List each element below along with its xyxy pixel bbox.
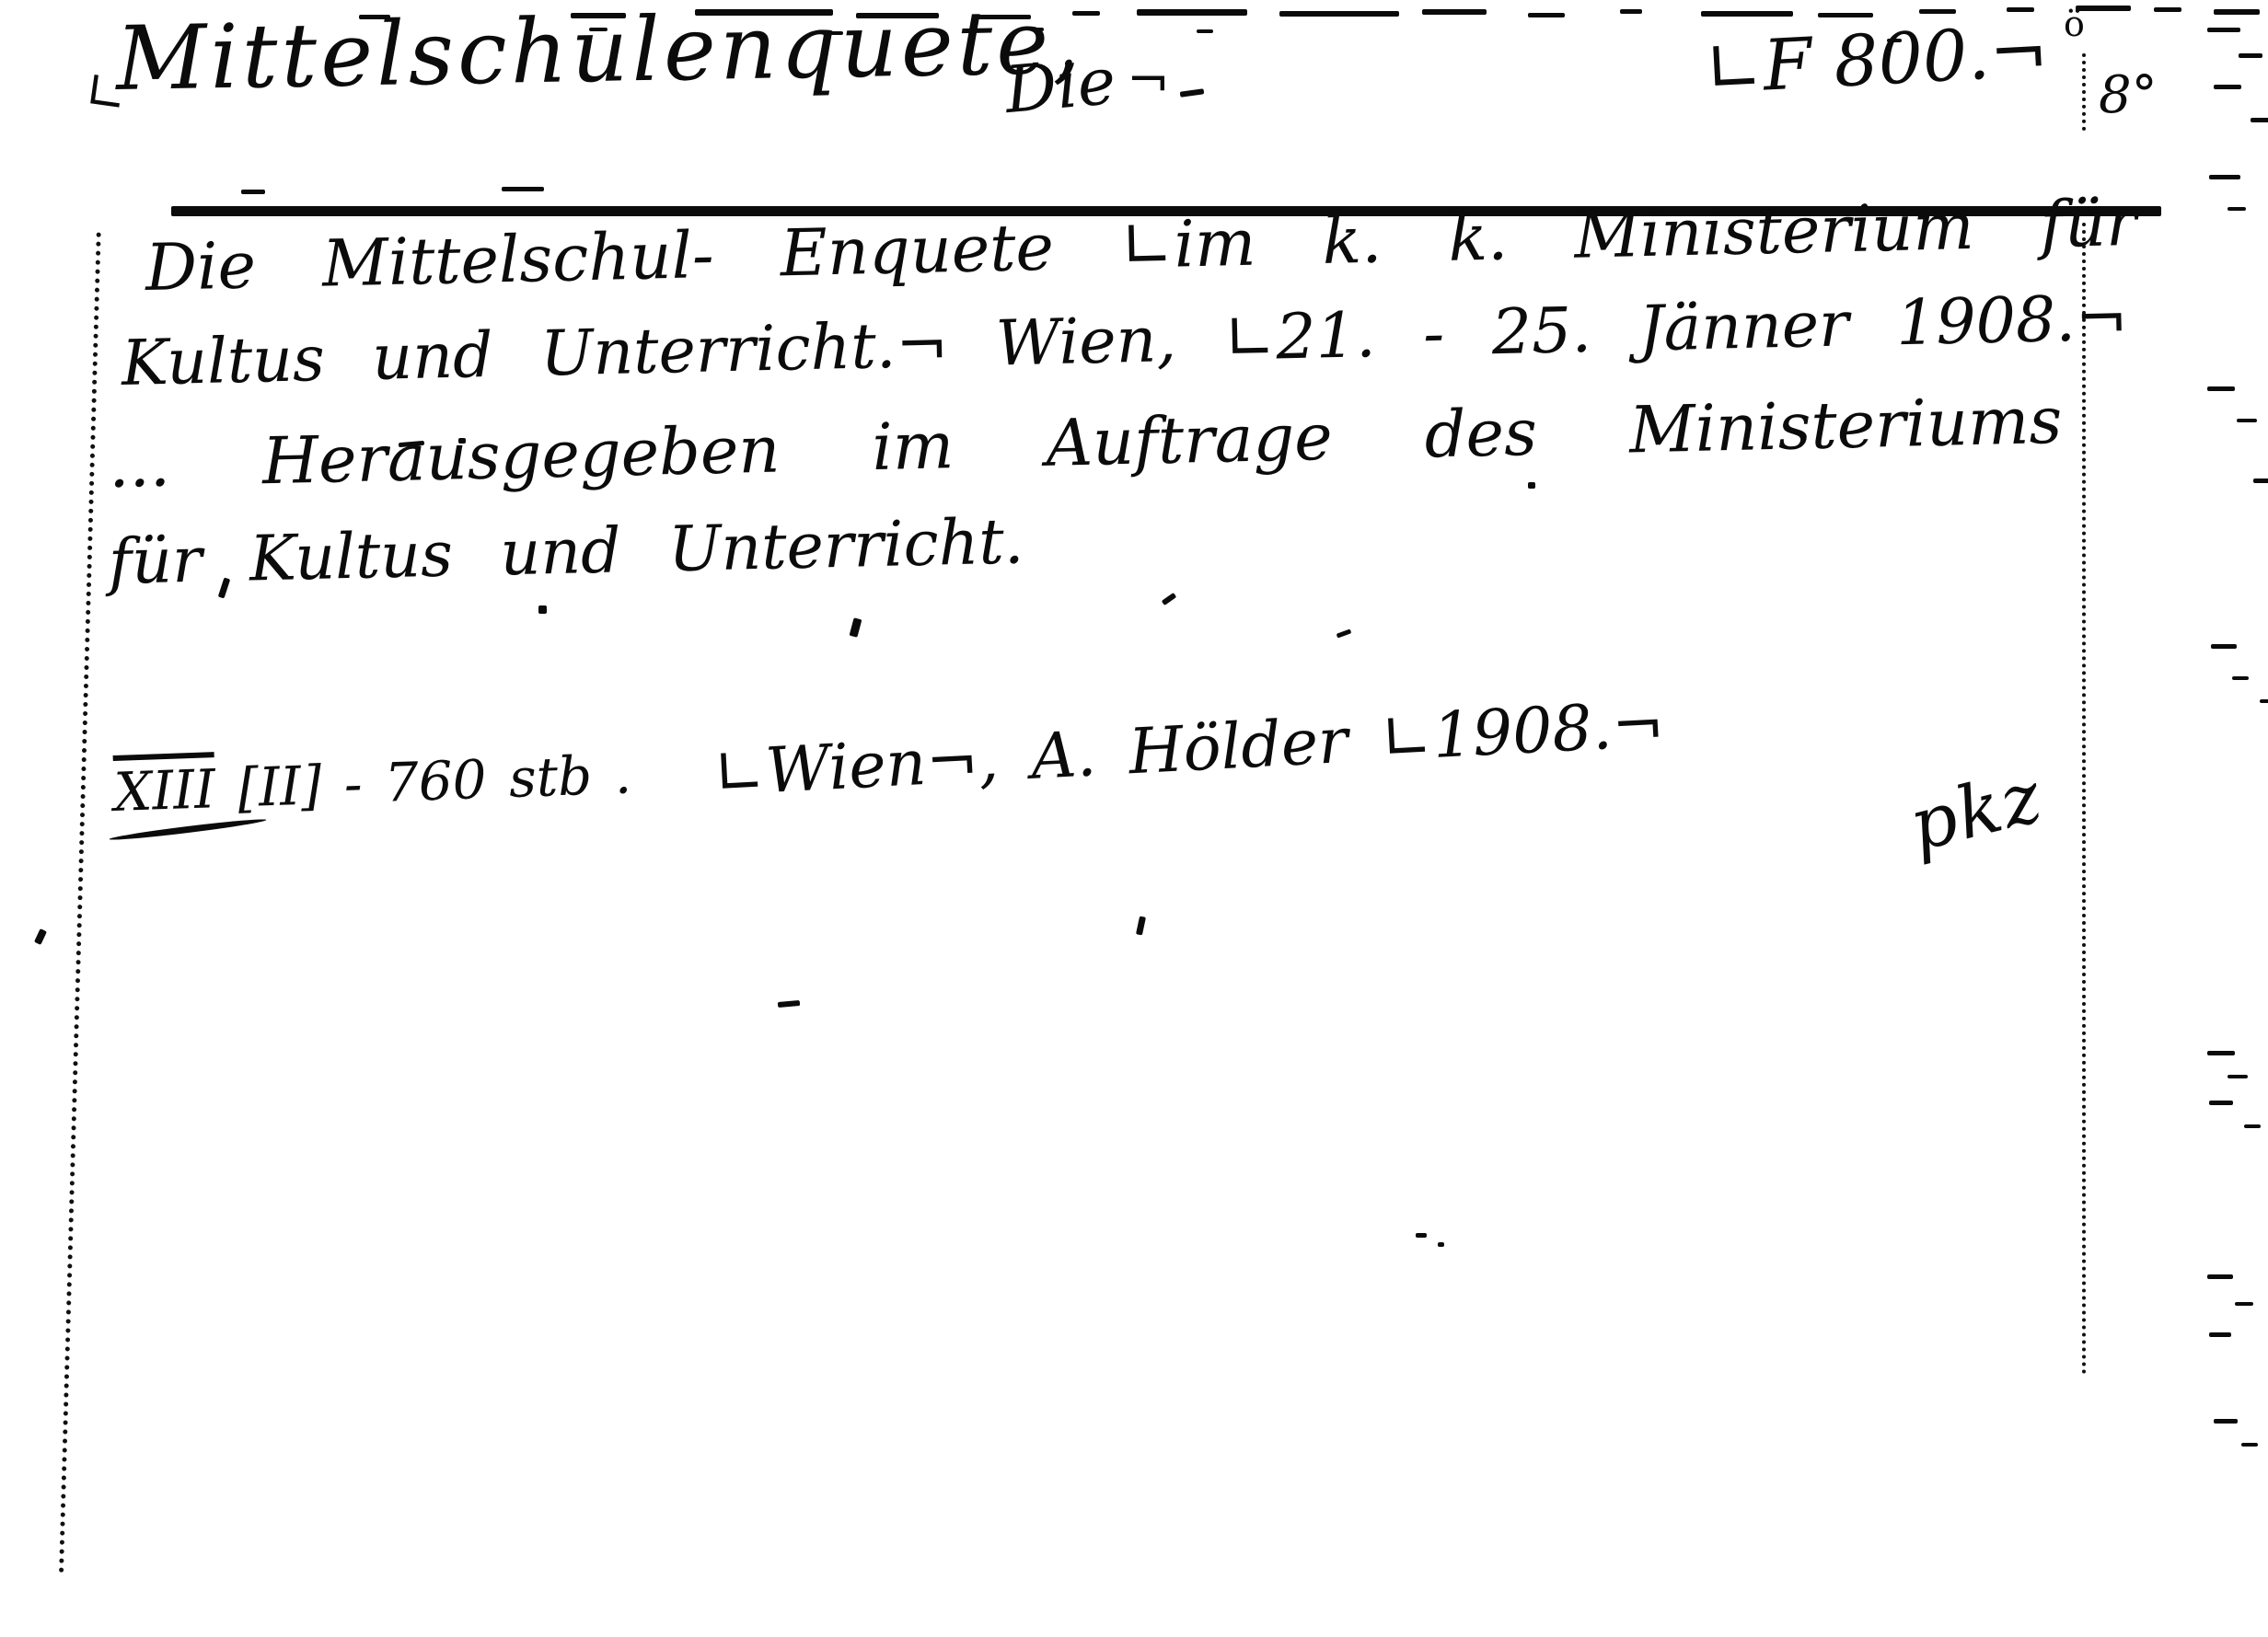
scan-noise: [241, 190, 265, 194]
scan-noise: [778, 1000, 800, 1008]
collation-rest: [II] - 760 stb .: [214, 743, 632, 820]
cataloger-mark: pkz: [1901, 751, 2053, 873]
scan-noise: [502, 187, 544, 191]
scan-noise: [1279, 11, 1399, 17]
scan-noise: [2244, 1124, 2261, 1128]
left-dotted-ruling: [59, 233, 101, 1574]
scan-noise: [850, 617, 862, 638]
title-article: Die: [1001, 40, 1118, 133]
scan-noise: [1180, 88, 1205, 98]
scan-noise: [828, 31, 843, 35]
scan-noise: [2207, 1051, 2235, 1055]
scan-noise: [2209, 1332, 2231, 1337]
scan-noise: [2076, 6, 2131, 11]
scan-noise: [2237, 419, 2257, 422]
scan-noise: [2209, 1101, 2233, 1105]
scan-noise: [2227, 207, 2246, 211]
scan-noise: [1701, 11, 1793, 17]
right-dotted-ruling: [2082, 223, 2086, 1375]
imprint: ∟Wien¬, A. Hölder ∟1908.¬: [712, 685, 1667, 815]
scan-noise: [1072, 11, 1100, 16]
collation-roman: XIII: [113, 757, 216, 824]
title-close-mark: ¬: [1127, 48, 1170, 115]
scan-noise: [2251, 118, 2268, 122]
scan-noise: [2207, 28, 2240, 32]
scan-noise: [2154, 7, 2181, 12]
scan-noise: [2235, 1302, 2253, 1306]
scan-noise: [2207, 386, 2235, 391]
scan-noise: [2209, 175, 2240, 179]
scan-noise: [1919, 9, 1956, 14]
shelfmark: ∟F 800.¬: [1702, 6, 2050, 115]
format-notation: 8°: [2099, 63, 2158, 130]
scan-noise: [2239, 53, 2262, 58]
scan-noise: [1438, 1242, 1444, 1247]
scan-noise: [2214, 9, 2260, 15]
scan-noise: [2214, 85, 2241, 89]
scan-noise: [1887, 39, 1902, 42]
scan-noise: [1336, 628, 1352, 638]
shelfmark-text: F 800.: [1761, 13, 1991, 107]
scan-noise: [1197, 29, 1213, 33]
scan-noise: [2241, 1443, 2258, 1447]
scan-noise: [458, 438, 466, 444]
shelfmark-open-mark: ∟: [1703, 25, 1765, 110]
catalog-card: ∟ Mittelschulenquete, Die ¬ ∟F 800.¬ 8° …: [0, 0, 2268, 1637]
scan-noise: [34, 928, 47, 945]
scan-noise: [1137, 9, 1247, 16]
scan-noise: [2207, 1274, 2233, 1279]
scan-noise: [1818, 13, 1873, 17]
right-dotted-ruling-top: [2082, 53, 2086, 131]
scan-noise: [976, 15, 1031, 19]
scan-noise: [589, 28, 607, 31]
scan-noise: [1422, 9, 1487, 15]
scan-noise: [1031, 28, 1044, 31]
scan-noise: [1528, 13, 1565, 17]
scan-noise: [1528, 482, 1535, 489]
scan-noise: [538, 605, 547, 614]
scan-noise: [1416, 1233, 1427, 1238]
shelfmark-close-mark: ¬: [1987, 10, 2050, 95]
scan-noise: [1136, 916, 1146, 935]
scan-noise: [2232, 676, 2249, 680]
scan-noise: [2214, 1419, 2238, 1424]
scan-noise: [2260, 699, 2268, 703]
body-line-4: für Kultus und Unterricht.: [108, 501, 1024, 604]
scan-noise: [1162, 593, 1177, 605]
collation: XIII [II] - 760 stb .: [113, 740, 633, 827]
scan-noise: [1620, 9, 1642, 14]
scan-noise: [571, 13, 626, 18]
scan-noise: [695, 9, 833, 16]
scan-noise: [2211, 644, 2237, 649]
scan-noise: [359, 15, 390, 19]
scan-noise: [2227, 1075, 2248, 1078]
scan-noise: [856, 13, 939, 18]
scan-noise: [2253, 478, 2268, 483]
scan-noise: [2007, 7, 2034, 12]
